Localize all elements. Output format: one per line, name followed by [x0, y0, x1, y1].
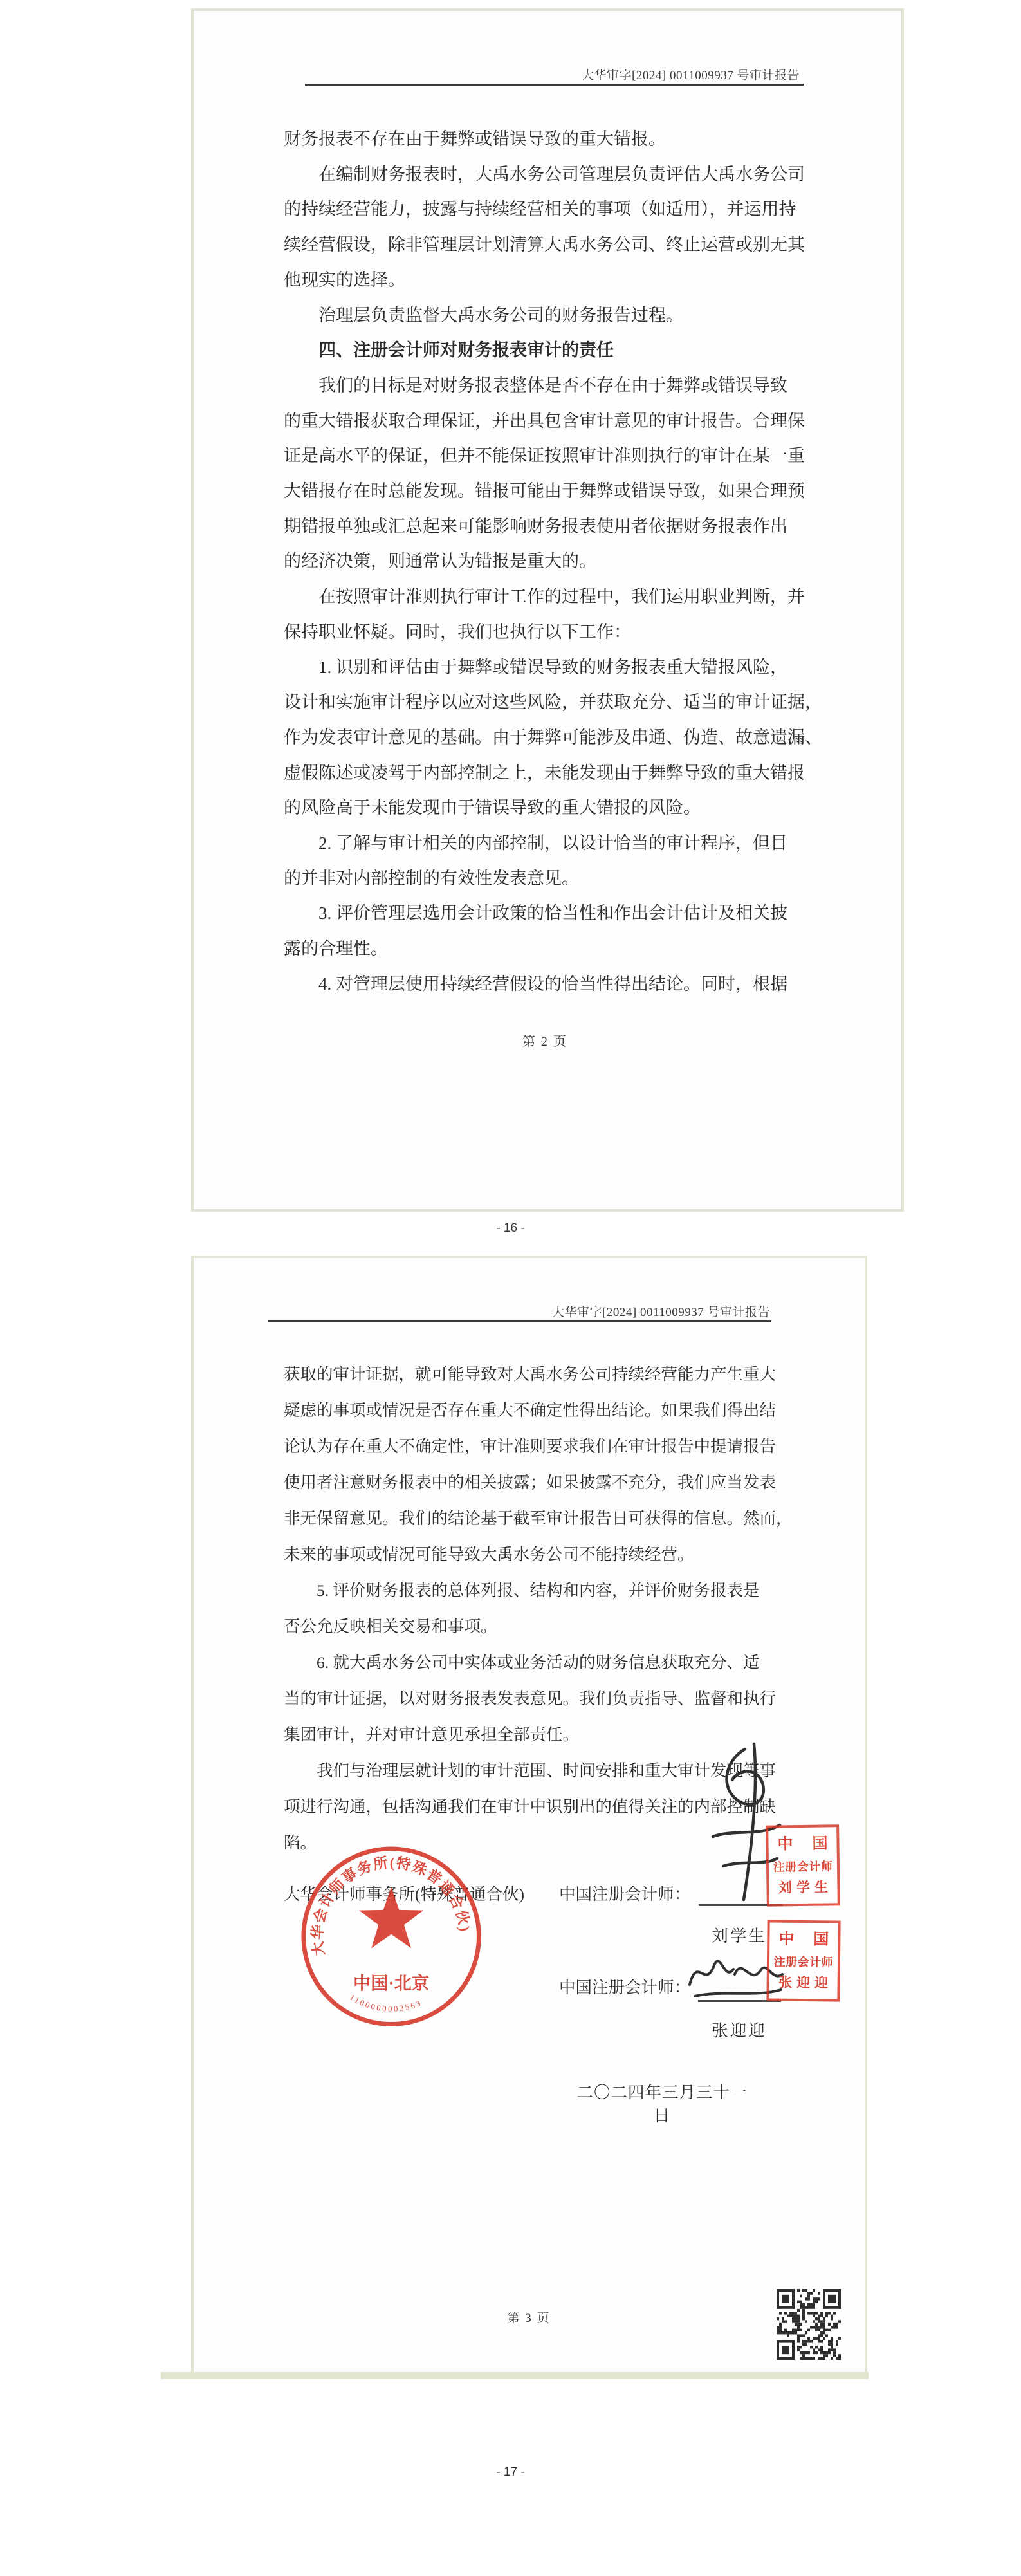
text-line: 6. 就大禹水务公司中实体或业务活动的财务信息获取充分、适	[284, 1645, 776, 1681]
text-line: 的持续经营能力，披露与持续经营相关的事项（如适用），并运用持	[284, 192, 808, 227]
text-line: 未来的事项或情况可能导致大禹水务公司不能持续经营。	[284, 1537, 776, 1573]
pdf-page-number: - 17 -	[0, 2465, 1021, 2479]
stamp-serial-number: 1100000003563	[348, 1993, 423, 2014]
text-line: 否公允反映相关交易和事项。	[284, 1609, 776, 1645]
text-line: 续经营假设，除非管理层计划清算大禹水务公司、终止运营或别无其	[284, 227, 808, 263]
report-number-header: 大华审字[2024] 0011009937 号审计报告	[552, 1302, 770, 1320]
text-line: 作为发表审计意见的基础。由于舞弊可能涉及串通、伪造、故意遗漏、	[284, 720, 808, 755]
page-number-footer: 第 2 页	[284, 1031, 806, 1050]
stamp-center-text: 中国·北京	[353, 1973, 429, 1993]
text-line: 的经济决策，则通常认为错报是重大的。	[284, 544, 808, 579]
text-line: 2. 了解与审计相关的内部控制，以设计恰当的审计程序，但目	[284, 826, 808, 861]
firm-round-stamp: 大华会计师事务所(特殊普通合伙) 中国·北京 1100000003563	[300, 1843, 488, 2037]
text-line: 1. 识别和评估由于舞弊或错误导致的财务报表重大错报风险，	[284, 650, 808, 685]
text-line: 我们的目标是对财务报表整体是否不存在由于舞弊或错误导致	[284, 368, 808, 403]
page-number-footer: 第 3 页	[284, 2308, 774, 2326]
report-date: 二〇二四年三月三十一日	[569, 2080, 755, 2126]
text-line: 论认为存在重大不确定性，审计准则要求我们在审计报告中提请报告	[284, 1429, 776, 1465]
text-line: 证是高水平的保证，但并不能保证按照审计准则执行的审计在某一重	[284, 438, 808, 474]
text-line: 获取的审计证据，就可能导致对大禹水务公司持续经营能力产生重大	[284, 1357, 776, 1393]
text-line: 的风险高于未能发现由于错误导致的重大错报的风险。	[284, 790, 808, 826]
body-text: 财务报表不存在由于舞弊或错误导致的重大错报。在编制财务报表时，大禹水务公司管理层…	[284, 122, 808, 1002]
text-line: 疑虑的事项或情况是否存在重大不确定性得出结论。如果我们得出结	[284, 1393, 776, 1429]
text-line: 的并非对内部控制的有效性发表意见。	[284, 861, 808, 896]
text-line: 保持职业怀疑。同时，我们也执行以下工作：	[284, 615, 808, 650]
text-line: 期错报单独或汇总起来可能影响财务报表使用者依据财务报表作出	[284, 509, 808, 544]
header-rule	[305, 84, 804, 86]
report-number-header: 大华审字[2024] 0011009937 号审计报告	[582, 66, 800, 83]
text-line: 非无保留意见。我们的结论基于截至审计报告日可获得的信息。然而，	[284, 1501, 776, 1537]
seal-title: 注册会计师	[773, 1860, 833, 1873]
seal-name: 张迎迎	[774, 1976, 832, 1990]
text-line: 3. 评价管理层选用会计政策的恰当性和作出会计估计及相关披	[284, 896, 808, 931]
scanned-page-report-p2: 大华审字[2024] 0011009937 号审计报告 财务报表不存在由于舞弊或…	[191, 8, 904, 1212]
cpa-label-2: 中国注册会计师：	[559, 1975, 690, 1998]
seal-title: 注册会计师	[774, 1956, 834, 1968]
text-line: 在按照审计准则执行审计工作的过程中，我们运用职业判断，并	[284, 579, 808, 615]
text-line: 的重大错报获取合理保证，并出具包含审计意见的审计报告。合理保	[284, 403, 808, 439]
pdf-page-number: - 16 -	[0, 1221, 1021, 1236]
text-line: 设计和实施审计程序以应对这些风险，并获取充分、适当的审计证据，	[284, 685, 808, 720]
seal-country: 中国	[759, 1931, 848, 1947]
svg-text:1100000003563: 1100000003563	[348, 1993, 423, 2014]
seal-country: 中国	[758, 1836, 847, 1853]
cpa-name-2: 张迎迎	[685, 2018, 794, 2041]
stamp-star-icon	[359, 1887, 423, 1948]
scanned-page-report-p3: 大华审字[2024] 0011009937 号审计报告 获取的审计证据，就可能导…	[191, 1256, 867, 2378]
header-rule	[268, 1320, 771, 1322]
text-line: 在编制财务报表时，大禹水务公司管理层负责评估大禹水务公司	[284, 157, 808, 192]
text-line: 使用者注意财务报表中的相关披露；如果披露不充分，我们应当发表	[284, 1465, 776, 1501]
text-line: 露的合理性。	[284, 931, 808, 967]
text-line: 4. 对管理层使用持续经营假设的恰当性得出结论。同时，根据	[284, 967, 808, 1002]
text-line: 5. 评价财务报表的总体列报、结构和内容，并评价财务报表是	[284, 1573, 776, 1609]
qr-code	[777, 2289, 841, 2360]
audit-report-screenshot: { "document": { "page_markers": { "first…	[0, 0, 1021, 2576]
text-line: 当的审计证据，以对财务报表发表意见。我们负责指导、监督和执行	[284, 1681, 776, 1717]
seal-name: 刘学生	[774, 1881, 832, 1895]
text-line: 四、注册会计师对财务报表审计的责任	[284, 333, 808, 368]
cpa-seal-stamp-2: 中国 注册会计师 张迎迎	[766, 1920, 840, 2001]
text-line: 财务报表不存在由于舞弊或错误导致的重大错报。	[284, 122, 808, 157]
page-bottom-shadow	[161, 2372, 869, 2379]
cpa-seal-stamp-1: 中国 注册会计师 刘学生	[766, 1824, 840, 1907]
text-line: 治理层负责监督大禹水务公司的财务报告过程。	[284, 298, 808, 333]
text-line: 大错报存在时总能发现。错报可能由于舞弊或错误导致，如果合理预	[284, 474, 808, 509]
text-line: 虚假陈述或凌驾于内部控制之上，未能发现由于舞弊导致的重大错报	[284, 755, 808, 791]
text-line: 他现实的选择。	[284, 263, 808, 298]
cpa-label-1: 中国注册会计师：	[559, 1882, 690, 1905]
